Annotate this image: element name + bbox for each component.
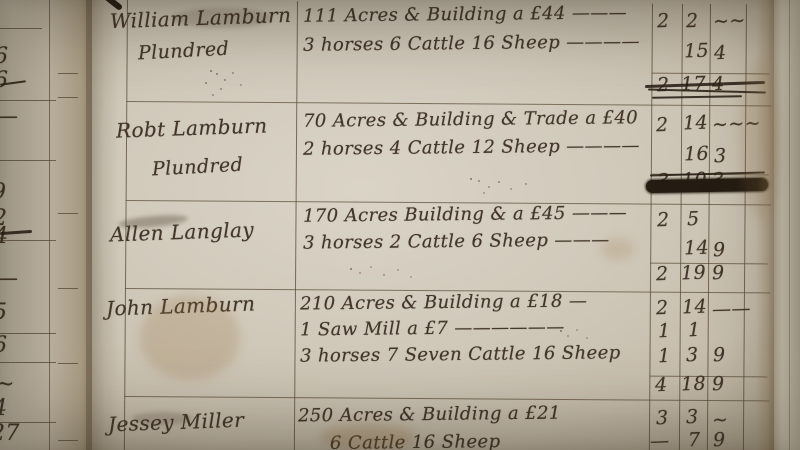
prev-page-fragment: 4 (0, 224, 8, 249)
rule-vertical-pence-col (707, 4, 711, 450)
row1-l1-pounds: 2 (657, 10, 670, 32)
row3-l2-pence: 9 (713, 239, 726, 261)
row4-l1-shillings: 14 (682, 296, 708, 319)
row3-l1-pounds: 2 (657, 209, 670, 231)
row5-l2-pounds: — (650, 430, 670, 450)
previous-page-edge: 6 6 — 9 2 4 — 5 6 ~ 4 27 (0, 0, 92, 450)
stain-blotch (600, 238, 634, 260)
prev-page-fragment: 6 (0, 333, 7, 358)
row5-line1: 250 Acres & Building a £21 (298, 403, 561, 427)
prev-page-fragment: — (0, 266, 18, 291)
row5-l2-pence: 9 (713, 429, 726, 450)
stain-blotch (320, 424, 415, 450)
row3-total-pounds: 2 (656, 263, 669, 285)
prev-page-rule-vertical (49, 0, 50, 450)
prev-page-rule-tick (58, 363, 78, 364)
rule-vertical-right-border (743, 4, 747, 450)
prev-page-fragment: — (0, 104, 18, 129)
stain-edge-browning (740, 60, 780, 220)
prev-page-fragment: 27 (0, 421, 20, 446)
row3-line1: 170 Acres Building & a £45 ——— (303, 202, 627, 226)
ledger-photo: William Lamburn Plundred 111 Acres & Bui… (0, 0, 800, 450)
row1-line1: 111 Acres & Building a £44 ——— (303, 2, 627, 26)
row2-line2: 2 horses 4 Cattle 12 Sheep ———— (303, 135, 640, 160)
row3-total-shillings: 19 (681, 262, 707, 285)
row4-line1: 210 Acres & Building a £18 — (300, 290, 588, 314)
row2-line1: 70 Acres & Building & Trade a £40 (303, 107, 638, 132)
row2-l2-shillings: 16 (684, 143, 710, 166)
row4-total-shillings: 18 (681, 373, 707, 396)
under-page-edge-line (789, 0, 790, 450)
row3-line2: 3 horses 2 Cattle 6 Sheep ——— (303, 229, 610, 253)
row4-l3-pence: 9 (713, 344, 726, 366)
gutter-shadow (86, 0, 120, 450)
row1-l2-shillings: 15 (684, 40, 710, 63)
ink-speckles (350, 268, 352, 270)
row1-l1-pence: ~~ (713, 9, 746, 32)
rule-vertical-name-divider (294, 1, 298, 450)
ink-speckles (470, 178, 472, 180)
prev-page-rule-tick (58, 440, 78, 441)
ink-speckles (210, 70, 212, 72)
row1-l1-shillings: 2 (686, 10, 699, 32)
row1-l2-pence: 4 (714, 42, 727, 64)
row5-l1-pounds: 3 (656, 407, 669, 429)
row3-total-pence: 9 (712, 262, 725, 284)
rule-vertical-pounds-col (649, 4, 653, 450)
row2-l1-pounds: 2 (656, 114, 669, 136)
row5-l2-shillings: 7 (688, 429, 701, 450)
row4-total-pence: 9 (712, 373, 725, 395)
prev-page-rule-tick (58, 97, 78, 98)
rule-row-boundary-1 (126, 101, 771, 107)
row4-l2-pounds: 1 (658, 320, 671, 342)
row1-line2: 3 horses 6 Cattle 16 Sheep ———— (303, 31, 640, 56)
prev-page-rule-tick (58, 288, 78, 289)
prev-page-fragment: 6 (0, 44, 8, 69)
prev-page-rule (0, 160, 56, 161)
prev-page-fragment: ~ (0, 372, 15, 397)
row4-total-pounds: 4 (655, 374, 668, 396)
row5-l1-shillings: 3 (686, 406, 699, 428)
prev-page-rule (0, 100, 56, 101)
row1-name-overwrite-smudge (172, 8, 272, 28)
prev-page-fragment: 9 (0, 180, 6, 205)
row3-l1-shillings: 5 (687, 208, 700, 230)
prev-page-fragment: 5 (0, 300, 7, 325)
prev-page-fragment: 6 (0, 68, 8, 93)
row4-line2: 1 Saw Mill a £7 —————— (300, 317, 565, 341)
prev-page-fragment-strike (0, 230, 32, 236)
row2-l1-shillings: 14 (683, 112, 709, 135)
row3-l2-shillings: 14 (684, 237, 710, 260)
row3-name: Allen Langlay (110, 217, 255, 246)
prev-page-rule (0, 333, 56, 334)
under-page-strip (774, 0, 800, 450)
row4-l3-shillings: 3 (686, 344, 699, 366)
prev-page-fragment: 4 (0, 396, 7, 421)
row4-l1-pounds: 2 (656, 297, 669, 319)
ink-speckles (560, 330, 562, 332)
row4-l3-pounds: 1 (658, 345, 671, 367)
row2-l2-pence: 3 (714, 145, 727, 167)
prev-page-rule-tick (58, 73, 78, 74)
prev-page-rule-tick (58, 213, 78, 214)
row5-name: Jessey Miller (108, 408, 245, 437)
row4-l1-pence: —— (712, 297, 752, 320)
stain-blotch (140, 295, 240, 380)
prev-page-rule (0, 28, 42, 29)
row4-l2-shillings: 1 (688, 319, 701, 341)
prev-page-rule (0, 362, 56, 363)
rule-row-boundary-4 (124, 396, 769, 402)
row4-line3: 3 horses 7 Seven Cattle 16 Sheep (300, 342, 621, 366)
row5-l1-pence: ~ (712, 409, 729, 432)
